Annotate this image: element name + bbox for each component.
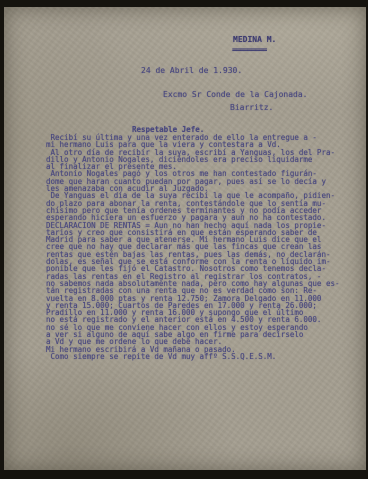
letter-page: MEDINA M. ========= 24 de Abril de 1.930… xyxy=(4,7,366,470)
letter-photo: MEDINA M. ========= 24 de Abril de 1.930… xyxy=(0,0,368,479)
letter-body: Recibí su última y una vez enterado de e… xyxy=(46,134,348,360)
header-underline: ========= xyxy=(232,45,266,54)
body-line: Como siempre se repite de Vd muy affº S.… xyxy=(46,353,348,360)
addressee-line: Excmo Sr Conde de la Cajonada. xyxy=(163,90,308,99)
addressee-city: Biarritz. xyxy=(230,103,273,112)
letter-date: 24 de Abril de 1.930. xyxy=(141,66,242,75)
header-stamp: MEDINA M. xyxy=(233,35,276,44)
